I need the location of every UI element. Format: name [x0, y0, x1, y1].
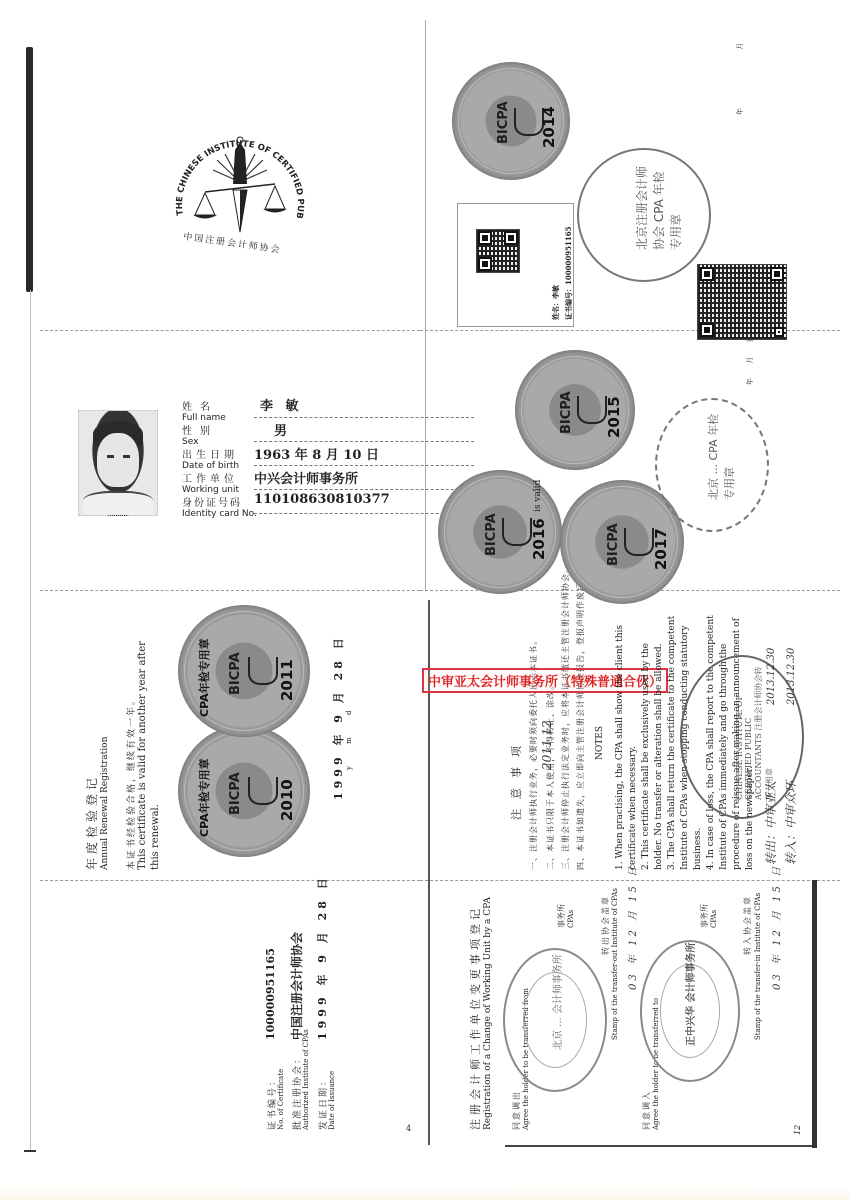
renewal-stamp-2011: CPA年检专用章 BICPA 2011: [178, 605, 310, 737]
page-edge-mark: [24, 1150, 36, 1152]
page-number-12: 12: [793, 1125, 802, 1135]
stamp-year: 2016: [530, 518, 548, 560]
field-id-card: 身份证号码 Identity card No. 110108630810377: [182, 494, 412, 518]
seal-text: 正中兴华 会计师事务所: [682, 943, 697, 1046]
renewal-text-en-2: this renewal.: [150, 804, 161, 870]
date-units: 年 月 日: [735, 0, 745, 115]
field-date-of-birth: 出生日期 Date of birth 1963 年 8 月 10 日: [182, 446, 412, 470]
page-fold: [40, 590, 420, 591]
notes-title-en: NOTES: [595, 726, 605, 760]
field-value: 男: [274, 420, 287, 439]
notes-item-en-2: 2. This certificate shall be exclusively…: [640, 610, 666, 870]
booklet-spine: [26, 47, 33, 292]
notes-item-en-1: 1. When practising, the CPA shall show t…: [614, 610, 640, 870]
fragment-text: is valid: [533, 480, 543, 512]
transfer-in-agree-cn: 同意调入: [641, 1090, 652, 1130]
underline: [254, 489, 474, 490]
page-bottom-edge: [505, 1145, 815, 1147]
transfer-out-stamp-cn: 转出协会盖章: [600, 895, 611, 955]
handwritten-date-1: 2013.12.30: [766, 648, 777, 705]
scan-edge: [0, 1186, 849, 1200]
handwritten-date: 2011.12: [540, 720, 554, 770]
stamp-year: 2010: [278, 779, 296, 821]
label-cn: 性别: [182, 422, 412, 437]
renewal-title-cn: 年度检验登记: [83, 774, 100, 870]
transfer-in-stamp-en: Stamp of the transfer-in Institute of CP…: [754, 893, 762, 1040]
stamp-year: 2011: [278, 659, 296, 701]
renewal-text-en: This certificate is valid for another ye…: [137, 641, 148, 870]
field-sex: 性别 Sex 男: [182, 422, 412, 446]
transfer-title-cn: 注册会计师工作单位变更事项登记: [467, 905, 483, 1130]
seal-text: 北京 ... 会计师事务所: [549, 954, 564, 1050]
qr-cert-label: 证书编号：100000951165: [564, 227, 574, 320]
id-fields: 姓名 Full name 李 敏 性别 Sex 男 出生日期 Date of b…: [182, 398, 412, 518]
stamp-abbr: BICPA: [228, 772, 243, 815]
transfer-out-firm-en: CPAs: [567, 910, 575, 928]
page-edge-left: [30, 290, 31, 1150]
cert-no-value: 100000951165: [264, 948, 277, 1040]
qr-code-icon[interactable]: [476, 229, 520, 273]
field-working-unit: 工作单位 Working unit 中兴会计师事务所: [182, 470, 412, 494]
renewal-date: 1999 年 9 月 28 日: [330, 634, 346, 800]
page-number: 4: [406, 1124, 411, 1133]
handwritten-date-2: 2013.12.30: [786, 648, 797, 705]
notes-item-cn-2: 二、本证书只限于本人使用，不得转让、涂改。: [545, 681, 556, 870]
underline: [254, 465, 474, 466]
holder-photo: [78, 410, 158, 516]
field-value: 李 敏: [260, 395, 303, 414]
stamp-year: 2017: [652, 528, 670, 570]
transfer-in-seal: 正中兴华 会计师事务所: [640, 940, 740, 1082]
field-value: 110108630810377: [254, 492, 390, 507]
label-en: Identity card No.: [182, 509, 412, 519]
underline: [254, 417, 474, 418]
handwriting-transfer-out: 转出：中审亚太: [762, 781, 779, 865]
stamp-abbr: BICPA: [606, 523, 621, 566]
transfer-out-stamp-en: Stamp of the transfer-out Institute of C…: [611, 888, 619, 1040]
renewal-stamp-2016: BICPA 2016: [438, 470, 562, 594]
stamp-abbr: BICPA: [484, 513, 499, 556]
cert-no-label-en: No. of Certificate: [277, 1069, 285, 1130]
ring-stamp-text: 北京注册会计师协会 CPA 年检专用章: [633, 160, 684, 250]
renewal-text-cn: 本证书经检验合格，继续有效一年。: [124, 694, 137, 870]
field-value: 1963 年 8 月 10 日: [254, 444, 379, 463]
handwriting-transfer-in: 转入：中审众环: [782, 781, 799, 865]
renewal-stamp-2014: BICPA 2014: [452, 62, 570, 180]
page-right-edge: [812, 880, 817, 1148]
stamp-abbr: BICPA: [559, 391, 574, 434]
page-fold: [40, 330, 420, 331]
stamp-org: CPA年检专用章: [196, 638, 212, 717]
transfer-out-agree-cn: 同意调出: [511, 1090, 522, 1130]
transfer-in-date: 03 年 12 月 15 日: [768, 864, 783, 990]
page-fold: [40, 880, 420, 881]
transfer-in-firm-en: CPAs: [710, 910, 718, 928]
renewal-date-units: y m d: [345, 700, 353, 770]
field-value: 中兴会计师事务所: [254, 468, 358, 487]
stamp-org: CPA年检专用章: [196, 758, 212, 837]
stamp-year: 2015: [605, 396, 623, 438]
qr-code-large-icon[interactable]: [697, 264, 787, 340]
page-gutter: [425, 20, 426, 590]
cpa-renewal-ring-stamp-2: 北京 ... CPA 年检专用章: [655, 398, 769, 532]
transfer-out-date: 03 年 12 月 15 日: [624, 864, 639, 990]
renewal-title-en: Annual Renewal Registration: [100, 737, 110, 870]
transfer-out-seal: 北京 ... 会计师事务所: [503, 948, 607, 1092]
ring-stamp-text: 北京 ... CPA 年检专用章: [705, 410, 737, 500]
notes-item-cn-3: 三、注册会计师停止执行法定业务时，应将本证书缴还主管注册会计师协会。: [560, 564, 571, 870]
stamp-year: 2014: [540, 106, 558, 148]
transfer-in-firm-cn: 事务所: [699, 904, 710, 928]
transfer-out-firm-cn: 事务所: [556, 904, 567, 928]
stamp-abbr: BICPA: [496, 101, 511, 144]
issue-date-value: 1999 年 9 月 28 日: [314, 874, 330, 1040]
field-full-name: 姓名 Full name 李 敏: [182, 398, 412, 422]
authorized-institute-value: 中国注册会计师协会: [288, 932, 305, 1040]
qr-info-card: 姓名：李敏 证书编号：100000951165: [457, 203, 574, 327]
renewal-stamp-2010: CPA年检专用章 BICPA 2010: [178, 725, 310, 857]
stamp-abbr: BICPA: [228, 652, 243, 695]
cpa-renewal-ring-stamp: 北京注册会计师协会 CPA 年检专用章: [577, 148, 711, 282]
notes-title-cn: 注意事项: [508, 736, 524, 820]
transfer-title-en: Registration of a Change of Working Unit…: [483, 897, 493, 1130]
authorized-institute-label-en: Authorized Institute of CPAs: [302, 1029, 310, 1130]
renewal-stamp-2015: BICPA 2015: [515, 350, 635, 470]
underline: [254, 441, 474, 442]
transfer-in-stamp-cn: 转入协会盖章: [742, 895, 753, 955]
qr-name-label: 姓名：李敏: [551, 285, 561, 320]
issue-date-label-en: Date of Issuance: [328, 1071, 336, 1130]
